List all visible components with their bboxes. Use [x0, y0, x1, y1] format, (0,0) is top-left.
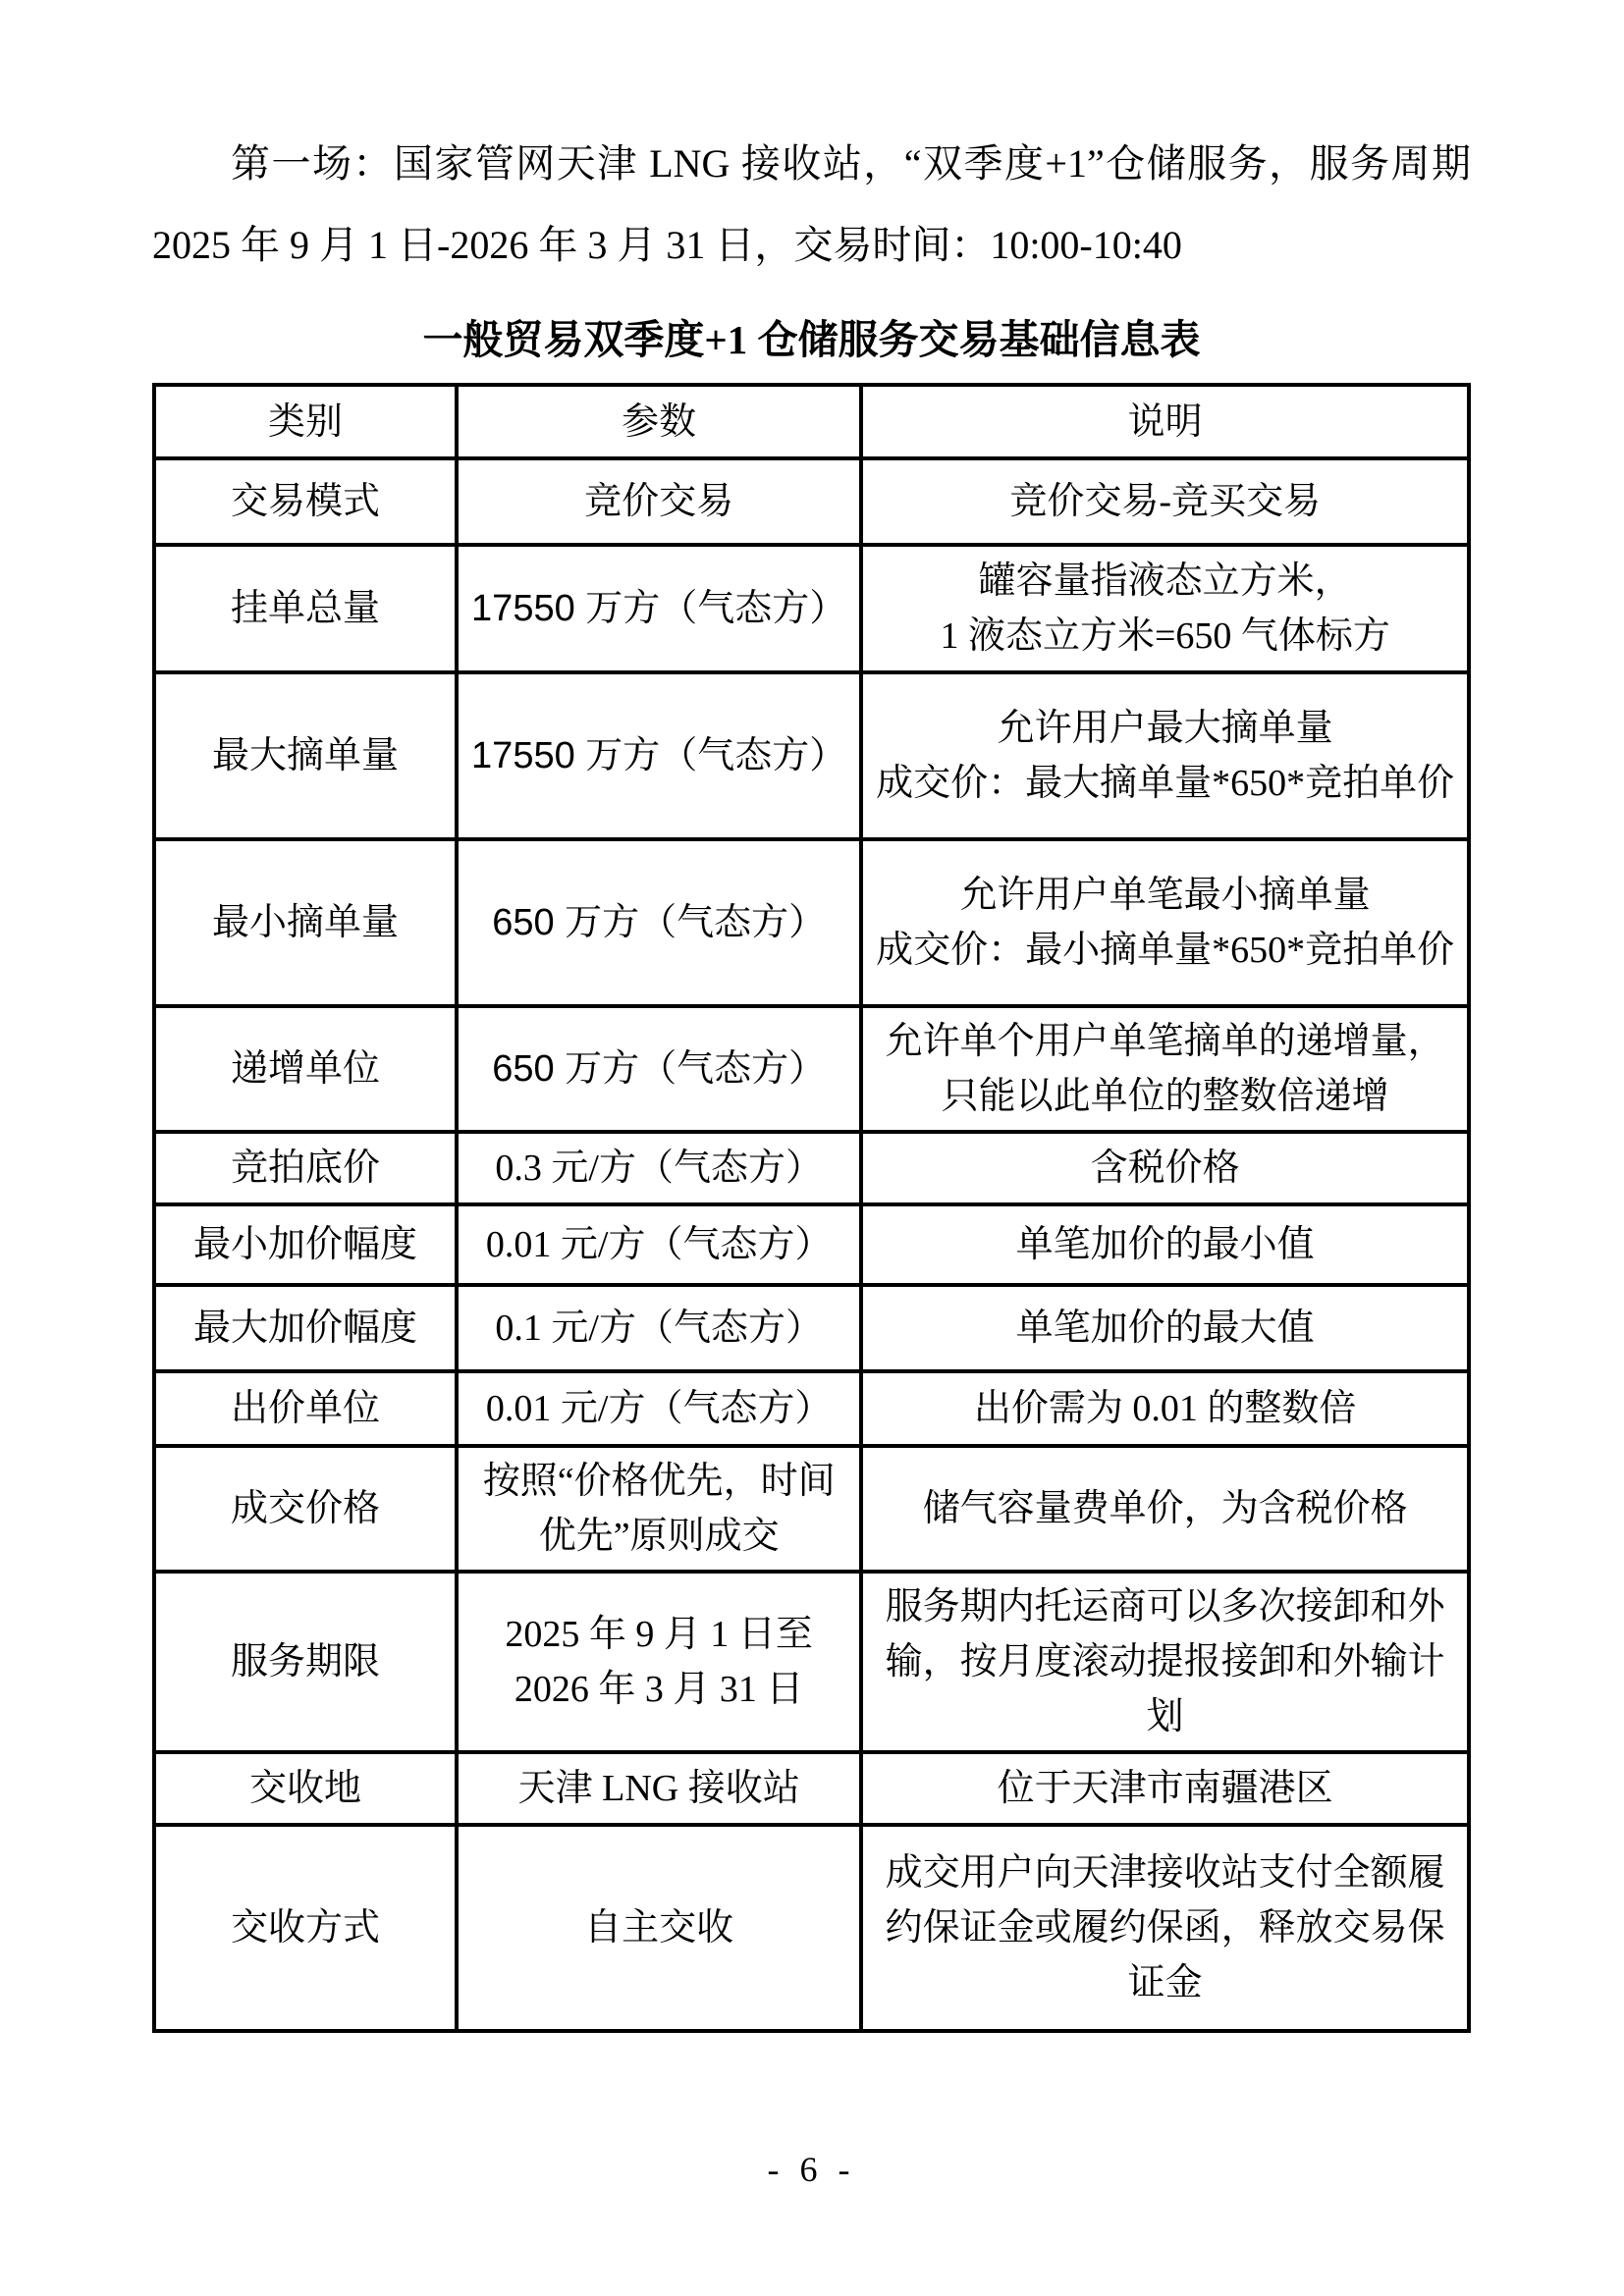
table-header: 类别 参数 说明: [154, 385, 1469, 458]
document-page: 第一场：国家管网天津 LNG 接收站，“双季度+1”仓储服务，服务周期 2025…: [0, 0, 1624, 2296]
table-row: 挂单总量 17550 万方（气态方） 罐容量指液态立方米， 1 液态立方米=65…: [154, 545, 1469, 672]
header-param: 参数: [457, 385, 861, 458]
intro-paragraph: 第一场：国家管网天津 LNG 接收站，“双季度+1”仓储服务，服务周期 2025…: [152, 123, 1471, 286]
page-number: - 6 -: [152, 2149, 1471, 2190]
param-cell: 650 万方（气态方）: [457, 839, 861, 1006]
category-cell: 成交价格: [154, 1446, 457, 1572]
param-cell: 2025 年 9 月 1 日至 2026 年 3 月 31 日: [457, 1572, 861, 1752]
param-cell: 自主交收: [457, 1825, 861, 2031]
desc-cell: 服务期内托运商可以多次接卸和外输，按月度滚动提报接卸和外输计划: [861, 1572, 1469, 1752]
param-cell: 650 万方（气态方）: [457, 1006, 861, 1132]
desc-cell: 含税价格: [861, 1132, 1469, 1204]
table-row: 最小摘单量 650 万方（气态方） 允许用户单笔最小摘单量 成交价：最小摘单量*…: [154, 839, 1469, 1006]
param-cell: 竞价交易: [457, 458, 861, 545]
param-cell: 0.01 元/方（气态方）: [457, 1204, 861, 1285]
table-row: 交收地 天津 LNG 接收站 位于天津市南疆港区: [154, 1752, 1469, 1825]
category-cell: 出价单位: [154, 1371, 457, 1446]
category-cell: 挂单总量: [154, 545, 457, 672]
desc-cell: 位于天津市南疆港区: [861, 1752, 1469, 1825]
header-desc: 说明: [861, 385, 1469, 458]
table-row: 最小加价幅度 0.01 元/方（气态方） 单笔加价的最小值: [154, 1204, 1469, 1285]
category-cell: 服务期限: [154, 1572, 457, 1752]
category-cell: 交易模式: [154, 458, 457, 545]
table-row: 交易模式 竞价交易 竞价交易-竞买交易: [154, 458, 1469, 545]
table-row: 成交价格 按照“价格优先，时间优先”原则成交 储气容量费单价，为含税价格: [154, 1446, 1469, 1572]
category-cell: 最小加价幅度: [154, 1204, 457, 1285]
category-cell: 最大加价幅度: [154, 1285, 457, 1371]
desc-cell: 允许用户单笔最小摘单量 成交价：最小摘单量*650*竞拍单价: [861, 839, 1469, 1006]
category-cell: 交收地: [154, 1752, 457, 1825]
param-cell: 0.1 元/方（气态方）: [457, 1285, 861, 1371]
table-body: 交易模式 竞价交易 竞价交易-竞买交易 挂单总量 17550 万方（气态方） 罐…: [154, 458, 1469, 2031]
desc-cell: 单笔加价的最大值: [861, 1285, 1469, 1371]
category-cell: 递增单位: [154, 1006, 457, 1132]
desc-cell: 竞价交易-竞买交易: [861, 458, 1469, 545]
param-cell: 17550 万方（气态方）: [457, 545, 861, 672]
category-cell: 竞拍底价: [154, 1132, 457, 1204]
param-cell: 按照“价格优先，时间优先”原则成交: [457, 1446, 861, 1572]
param-cell: 17550 万方（气态方）: [457, 672, 861, 839]
category-cell: 最小摘单量: [154, 839, 457, 1006]
table-title: 一般贸易双季度+1 仓储服务交易基础信息表: [152, 307, 1471, 365]
category-cell: 最大摘单量: [154, 672, 457, 839]
desc-cell: 单笔加价的最小值: [861, 1204, 1469, 1285]
desc-cell: 储气容量费单价，为含税价格: [861, 1446, 1469, 1572]
table-row: 竞拍底价 0.3 元/方（气态方） 含税价格: [154, 1132, 1469, 1204]
header-category: 类别: [154, 385, 457, 458]
param-cell: 0.01 元/方（气态方）: [457, 1371, 861, 1446]
table-row: 最大摘单量 17550 万方（气态方） 允许用户最大摘单量 成交价：最大摘单量*…: [154, 672, 1469, 839]
param-cell: 0.3 元/方（气态方）: [457, 1132, 861, 1204]
category-cell: 交收方式: [154, 1825, 457, 2031]
table-row: 最大加价幅度 0.1 元/方（气态方） 单笔加价的最大值: [154, 1285, 1469, 1371]
desc-cell: 允许用户最大摘单量 成交价：最大摘单量*650*竞拍单价: [861, 672, 1469, 839]
table-row: 服务期限 2025 年 9 月 1 日至 2026 年 3 月 31 日 服务期…: [154, 1572, 1469, 1752]
desc-cell: 成交用户向天津接收站支付全额履约保证金或履约保函，释放交易保证金: [861, 1825, 1469, 2031]
desc-cell: 出价需为 0.01 的整数倍: [861, 1371, 1469, 1446]
table-row: 交收方式 自主交收 成交用户向天津接收站支付全额履约保证金或履约保函，释放交易保…: [154, 1825, 1469, 2031]
desc-cell: 允许单个用户单笔摘单的递增量，只能以此单位的整数倍递增: [861, 1006, 1469, 1132]
table-row: 出价单位 0.01 元/方（气态方） 出价需为 0.01 的整数倍: [154, 1371, 1469, 1446]
header-row: 类别 参数 说明: [154, 385, 1469, 458]
desc-cell: 罐容量指液态立方米， 1 液态立方米=650 气体标方: [861, 545, 1469, 672]
table-row: 递增单位 650 万方（气态方） 允许单个用户单笔摘单的递增量，只能以此单位的整…: [154, 1006, 1469, 1132]
trade-info-table: 类别 参数 说明 交易模式 竞价交易 竞价交易-竞买交易 挂单总量 17550 …: [152, 383, 1471, 2033]
param-cell: 天津 LNG 接收站: [457, 1752, 861, 1825]
